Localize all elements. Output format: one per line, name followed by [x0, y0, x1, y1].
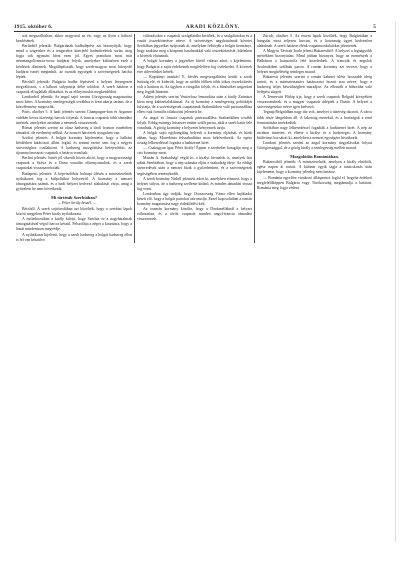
- article-paragraph: Római jelentés szerint az olasz hadsereg…: [16, 126, 132, 136]
- section-subheading: — Péter király beszél. —: [16, 201, 132, 206]
- article-paragraph: Londonban úgy tudják, hogy Oroszország V…: [137, 192, 252, 207]
- column-left: sok megszállásban, akkor magyarul az én,…: [14, 34, 134, 243]
- article-paragraph: A nyilatkozat kijelenti, hogy a szerb ha…: [16, 233, 132, 243]
- article-paragraph: A Temesvári Hírlap írja, hogy a szerb cs…: [257, 95, 372, 110]
- article-paragraph: Bukaresti jelentés szerint a román kabin…: [257, 75, 372, 95]
- article-paragraph: Az oszmán kormány közölte, hogy a Dardan…: [137, 207, 252, 222]
- column-right: Zürich, október 5. Az esseni lapok közöl…: [254, 34, 374, 243]
- article-paragraph: — Románia egyelőre várakozó álláspontot …: [257, 176, 372, 191]
- article-paragraph: Tegnap Belgrádban nagy tűz volt, amelyet…: [257, 110, 372, 125]
- article-paragraph: — Csakugyan igaz Péter király! Éppen a s…: [137, 146, 252, 156]
- page-number: 5: [373, 24, 376, 30]
- article-paragraph: Bécsből jelentik: Bulgária hadba lépésév…: [16, 80, 132, 95]
- newspaper-page: 1915. október 6. ARADI KÖZLÖNY. 5 sok me…: [14, 24, 376, 243]
- issue-date: 1915. október 6.: [14, 24, 53, 30]
- article-paragraph: sok megszállásban, akkor magyarul az én,…: [16, 34, 132, 44]
- article-paragraph: Londoni jelentés szerint az angol kormán…: [257, 141, 372, 151]
- article-paragraph: Bécsből: A szerb sajtóirodában azt közöl…: [16, 207, 132, 217]
- article-paragraph: A bolgár kormány a jegyzékre kitérő vála…: [137, 59, 252, 74]
- article-paragraph: Miután A. Szabadság! végül írt, a király…: [137, 156, 252, 176]
- article-paragraph: Szófiában nagy lelkesedéssel fogadták a …: [257, 126, 372, 141]
- article-paragraph: Páris, október 5. A hadi jelentés szerin…: [16, 110, 132, 125]
- columns: sok megszállásban, akkor magyarul az én,…: [14, 34, 376, 243]
- article-paragraph: Berlini jelentés: Ismét jól sikerült köz…: [16, 156, 132, 171]
- article-paragraph: Az angol és francia csapatok partraszáll…: [137, 116, 252, 131]
- article-paragraph: változásokra a csapatok szolgálatába ker…: [137, 34, 252, 59]
- column-middle: változásokra a csapatok szolgálatába ker…: [134, 34, 254, 243]
- section-heading: Mi történik Szerbiában?: [16, 195, 132, 200]
- article-paragraph: Berlinből jelentik: Bulgáriának hadbalép…: [16, 44, 132, 80]
- article-paragraph: A szerb kormány Nisből jelentést adott k…: [137, 177, 252, 192]
- article-paragraph: Londonból jelentik: Az angol sajtó szeri…: [16, 95, 132, 110]
- article-paragraph: A Magyar Távirati Iroda jelenti Bukarest…: [257, 49, 372, 74]
- article-paragraph: Bukarestből jelentik: A miniszterelnök, …: [257, 160, 372, 175]
- article-paragraph: A nyilatkozatban a király kifejti, hogy …: [16, 217, 132, 232]
- section-heading: Mozgolódás Romániában.: [257, 154, 372, 159]
- article-paragraph: Budapesti jelentés: A képviselőház holna…: [16, 172, 132, 192]
- scan-edge: [395, 22, 396, 542]
- page-header: 1915. október 6. ARADI KÖZLÖNY. 5: [14, 24, 376, 32]
- article-paragraph: Zürich, október 5. Az esseni lapok közöl…: [257, 34, 372, 49]
- newspaper-title: ARADI KÖZLÖNY.: [186, 24, 240, 30]
- article-paragraph: A bolgár sajtó egyhangúlag helyesli a ko…: [137, 131, 252, 146]
- article-paragraph: Szófiai jelentés: A bolgár kormány kijel…: [16, 136, 132, 156]
- article-paragraph: Athéni jelentés szerint Venizelosz lemon…: [137, 95, 252, 115]
- article-paragraph: — Kapitányi utasítás! E. kérdés megvizsg…: [137, 75, 252, 95]
